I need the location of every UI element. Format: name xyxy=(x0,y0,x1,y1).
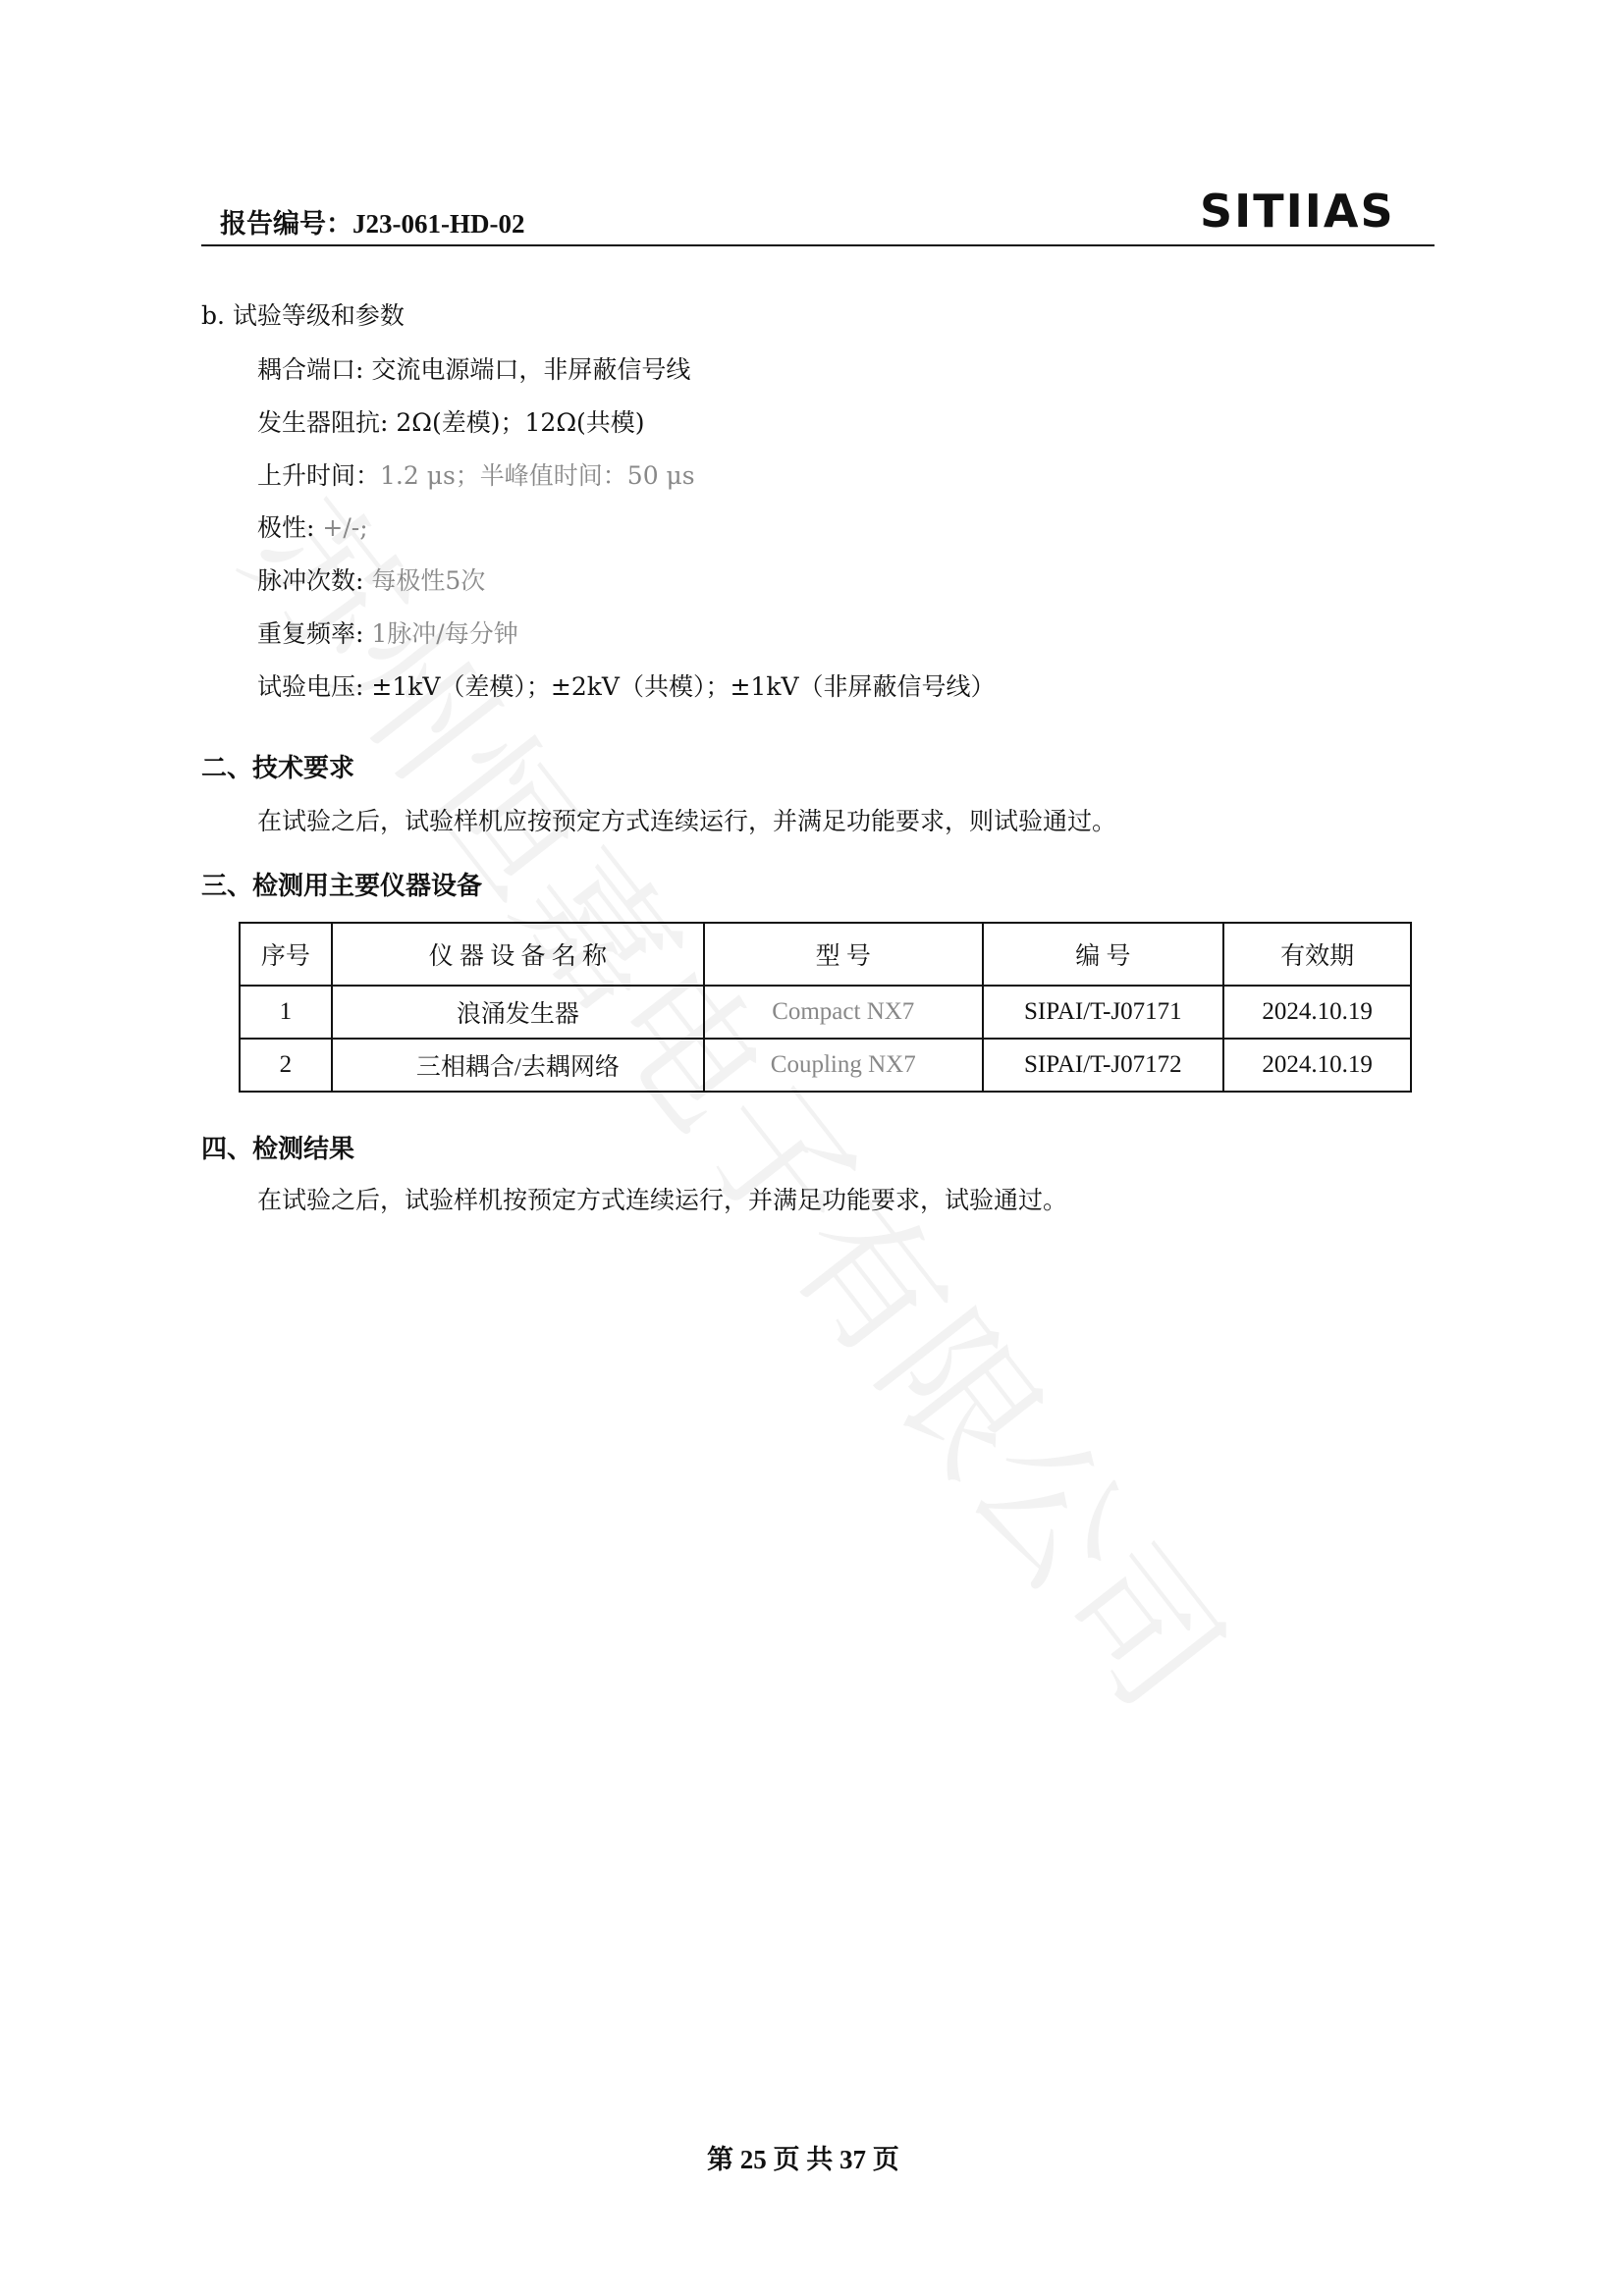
cell-index: 1 xyxy=(240,986,332,1039)
param-polarity: 极性: +/-; xyxy=(257,508,368,544)
cell-name: 三相耦合/去耦网络 xyxy=(332,1039,704,1092)
col-header-model: 型 号 xyxy=(704,923,983,986)
param-test-voltage: 试验电压: ±1kV（差模）；±2kV（共模）；±1kV（非屏蔽信号线） xyxy=(257,667,996,703)
cell-serial: SIPAI/T-J07172 xyxy=(983,1039,1224,1092)
cell-model: Compact NX7 xyxy=(704,986,983,1039)
param-value: 2Ω(差模)；12Ω(共模) xyxy=(396,408,644,437)
col-header-name: 仪 器 设 备 名 称 xyxy=(332,923,704,986)
cell-model: Coupling NX7 xyxy=(704,1039,983,1092)
cell-index: 2 xyxy=(240,1039,332,1092)
section-4-title: 四、检测结果 xyxy=(201,1129,354,1165)
param-value: +/-; xyxy=(322,513,367,542)
param-value: ±1kV（差模）；±2kV（共模）；±1kV（非屏蔽信号线） xyxy=(371,672,995,701)
section-4-text: 在试验之后，试验样机按预定方式连续运行，并满足功能要求，试验通过。 xyxy=(257,1181,1067,1216)
equipment-table: 序号 仪 器 设 备 名 称 型 号 编 号 有效期 1 浪涌发生器 Compa… xyxy=(239,922,1412,1093)
cell-validity: 2024.10.19 xyxy=(1223,1039,1411,1092)
param-label: 发生器阻抗: xyxy=(257,408,396,437)
param-pulse-count: 脉冲次数: 每极性5次 xyxy=(257,561,485,597)
param-repetition-rate: 重复频率: 1脉冲/每分钟 xyxy=(257,614,518,650)
param-coupling-port: 耦合端口: 交流电源端口，非屏蔽信号线 xyxy=(257,350,690,386)
param-label: 极性: xyxy=(257,513,322,542)
cell-name: 浪涌发生器 xyxy=(332,986,704,1039)
param-label: 重复频率: xyxy=(257,619,371,648)
section-b-title: b. 试验等级和参数 xyxy=(201,296,405,332)
company-logo: SITIIAS xyxy=(1200,185,1395,238)
param-label: 上升时间： xyxy=(257,461,380,490)
cell-validity: 2024.10.19 xyxy=(1223,986,1411,1039)
param-value: 每极性5次 xyxy=(371,566,485,595)
cell-serial: SIPAI/T-J07171 xyxy=(983,986,1224,1039)
section-2-text: 在试验之后，试验样机应按预定方式连续运行，并满足功能要求，则试验通过。 xyxy=(257,802,1116,837)
header-divider xyxy=(201,244,1435,246)
col-header-serial: 编 号 xyxy=(983,923,1224,986)
section-3-title: 三、检测用主要仪器设备 xyxy=(201,866,482,902)
param-label: 试验电压: xyxy=(257,672,371,701)
table-header-row: 序号 仪 器 设 备 名 称 型 号 编 号 有效期 xyxy=(240,923,1411,986)
param-value: 1.2 μs；半峰值时间：50 μs xyxy=(380,461,695,490)
param-label: 脉冲次数: xyxy=(257,566,371,595)
param-label: 耦合端口: xyxy=(257,355,371,384)
table-row: 2 三相耦合/去耦网络 Coupling NX7 SIPAI/T-J07172 … xyxy=(240,1039,1411,1092)
table-row: 1 浪涌发生器 Compact NX7 SIPAI/T-J07171 2024.… xyxy=(240,986,1411,1039)
param-value: 交流电源端口，非屏蔽信号线 xyxy=(371,355,690,384)
param-rise-time: 上升时间：1.2 μs；半峰值时间：50 μs xyxy=(257,456,695,492)
report-number: 报告编号：J23-061-HD-02 xyxy=(220,202,524,240)
section-2-title: 二、技术要求 xyxy=(201,748,354,784)
param-generator-impedance: 发生器阻抗: 2Ω(差模)；12Ω(共模) xyxy=(257,403,645,439)
param-value: 1脉冲/每分钟 xyxy=(371,619,517,648)
page-number: 第 25 页 共 37 页 xyxy=(707,2138,899,2176)
col-header-index: 序号 xyxy=(240,923,332,986)
col-header-validity: 有效期 xyxy=(1223,923,1411,986)
